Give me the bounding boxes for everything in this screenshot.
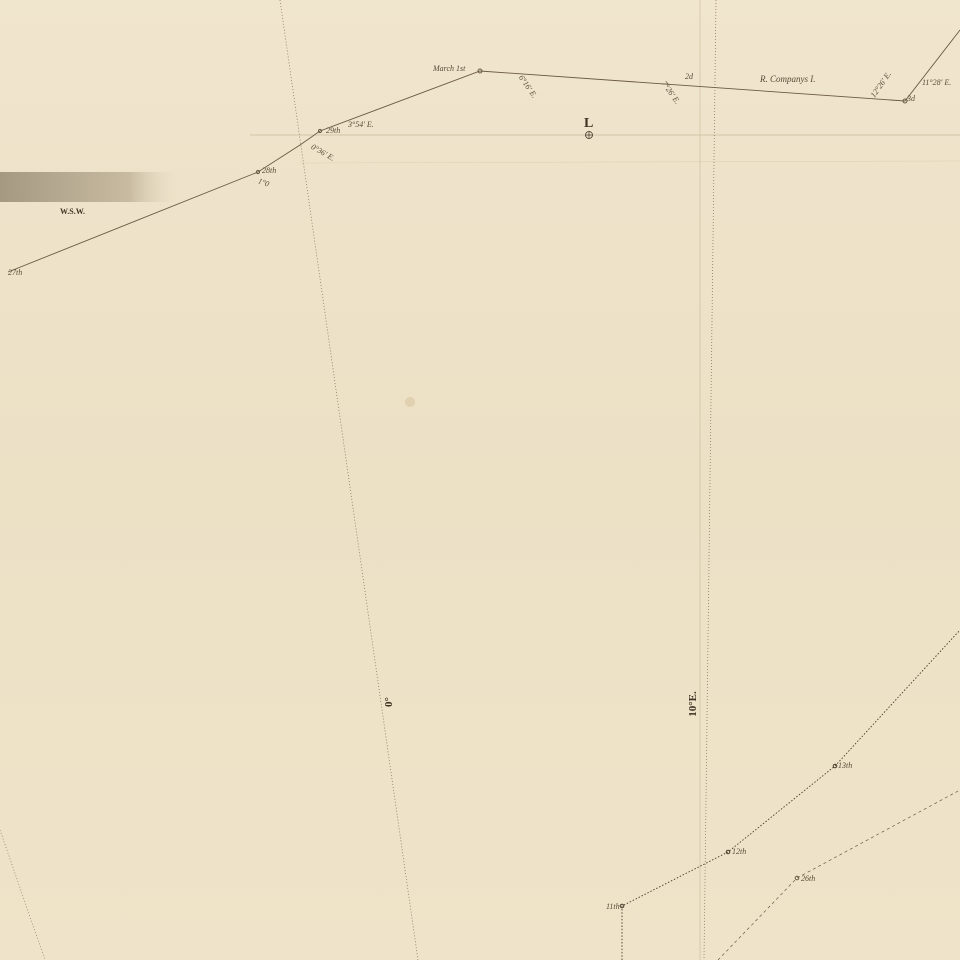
date-27: 27th (8, 268, 22, 277)
point-l-label: L (584, 116, 593, 132)
meridian-0-label: 0° (383, 697, 395, 707)
wind-label: W.S.W. (60, 207, 85, 216)
date-28: 28th (262, 166, 276, 175)
date-11: 11th (606, 902, 620, 911)
date-march-1: March 1st (433, 64, 465, 73)
date-12: 12th (732, 847, 746, 856)
variation-3: 3°54' E. (348, 120, 374, 129)
date-13: 13th (838, 761, 852, 770)
date-2: 2d (685, 72, 693, 81)
date-26: 26th (801, 874, 815, 883)
chart-lines (0, 0, 960, 960)
variation-7: 11°28' E. (922, 78, 951, 87)
chart-map: March 1st 2d 3d R. Companys I. 29th 28th… (0, 0, 960, 960)
date-3: 3d (907, 94, 915, 103)
meridian-10e-label: 10°E. (687, 691, 699, 717)
date-29: 29th (326, 126, 340, 135)
island-label: R. Companys I. (760, 74, 816, 84)
